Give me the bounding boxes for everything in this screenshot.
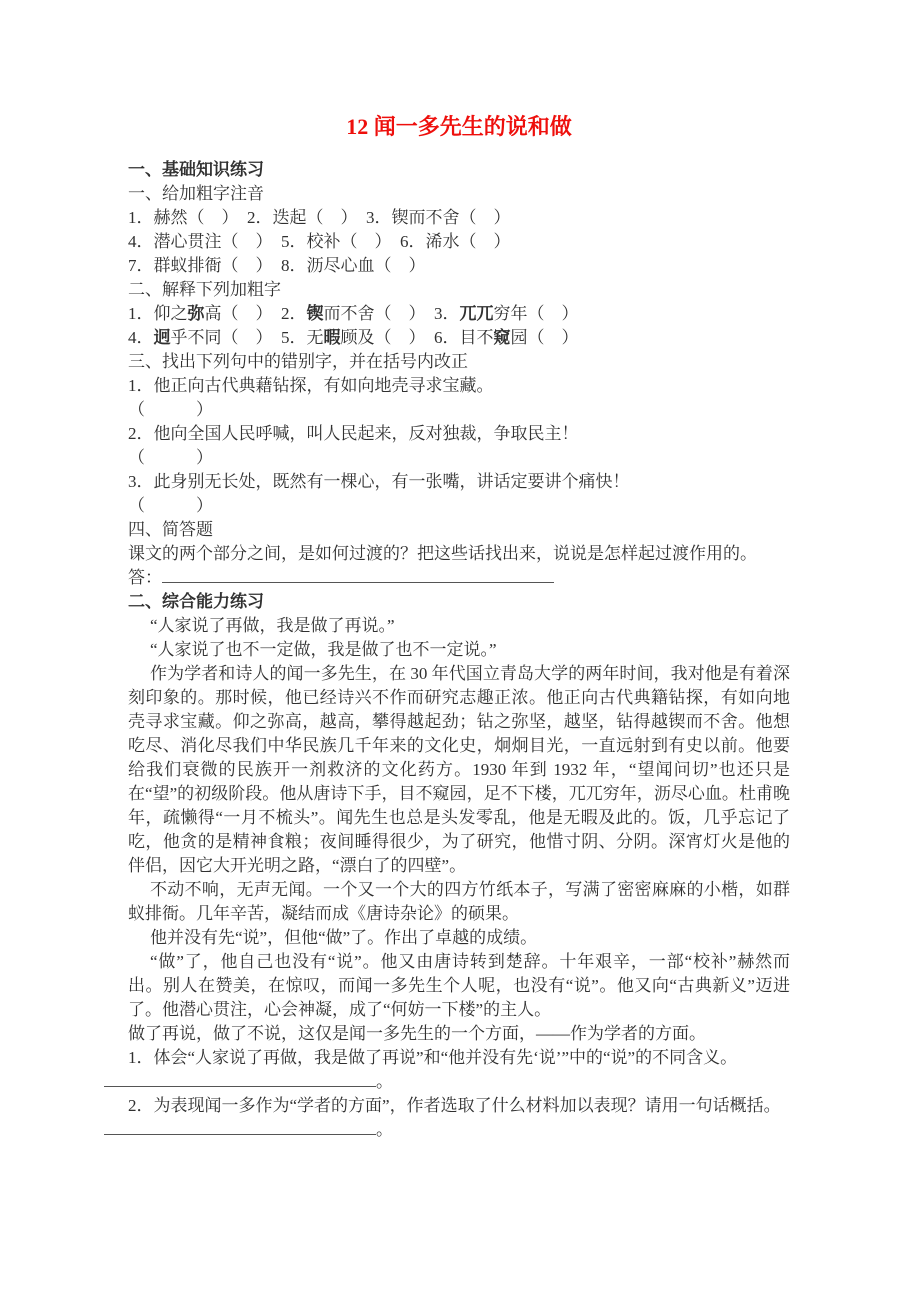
reading-paragraph-1: 作为学者和诗人的闻一多先生，在 30 年代国立青岛大学的两年时间，我对他是有着深… bbox=[128, 662, 790, 878]
answer-blank-underline bbox=[162, 567, 554, 583]
part1-heading: 一、基础知识练习 bbox=[128, 158, 790, 182]
explain-row1-bold-char-3: 兀兀 bbox=[460, 304, 494, 323]
shortq-answer-row: 答： bbox=[128, 566, 790, 590]
explain-items-row-2: 4．迥乎不同（ ） 5．无暇顾及（ ） 6．目不窥园（ ） bbox=[128, 326, 790, 350]
page-title: 12 闻一多先生的说和做 bbox=[0, 112, 918, 142]
typo-correction-brackets-2: （ ） bbox=[128, 446, 790, 470]
shortq-question: 课文的两个部分之间，是如何过渡的？把这些话找出来，说说是怎样起过渡作用的。 bbox=[128, 542, 790, 566]
explain-row1-text: 高（ ） 2． bbox=[205, 304, 307, 323]
explain-row2-bold-char-2: 暇 bbox=[324, 328, 341, 347]
reading-paragraph-5: 做了再说，做了不说，这仅是闻一多先生的一个方面，——作为学者的方面。 bbox=[128, 1022, 790, 1046]
explain-row1-text: 而不舍（ ） 3． bbox=[324, 304, 460, 323]
explain-row2-text: 顾及（ ） 6．目不 bbox=[341, 328, 494, 347]
typo-item-3: 3．此身别无长处，既然有一棵心，有一张嘴，讲话定要讲个痛快！ bbox=[128, 470, 790, 494]
explain-row2-text: 4． bbox=[128, 328, 154, 347]
typo-section-heading: 三、找出下列句中的错别字，并在括号内改正 bbox=[128, 350, 790, 374]
explain-row2-bold-char-1: 迥 bbox=[154, 328, 171, 347]
reading-paragraph-4: “做”了，他自己也没有“说”。他又由唐诗转到楚辞。十年艰辛，一部“校补”赫然而出… bbox=[128, 950, 790, 1022]
question-2-blank-period: 。 bbox=[376, 1120, 393, 1139]
pinyin-items-row-2: 4．潜心贯注（ ） 5．校补（ ） 6．浠水（ ） bbox=[128, 230, 790, 254]
shortq-section-heading: 四、简答题 bbox=[128, 518, 790, 542]
quote-line-1: “人家说了再做，我是做了再说。” bbox=[128, 614, 790, 638]
question-2-blank-row: 。 bbox=[128, 1118, 790, 1142]
pinyin-items-row-3: 7．群蚁排衙（ ） 8．沥尽心血（ ） bbox=[128, 254, 790, 278]
explain-row1-text: 穷年（ ） bbox=[494, 304, 579, 323]
comprehension-question-1: 1．体会“人家说了再做，我是做了再说”和“他并没有先‘说’”中的“说”的不同含义… bbox=[128, 1046, 790, 1070]
pinyin-items-row-1: 1．赫然（ ） 2．迭起（ ） 3．锲而不舍（ ） bbox=[128, 206, 790, 230]
quote-line-2: “人家说了也不一定做，我是做了也不一定说。” bbox=[128, 638, 790, 662]
explain-row2-bold-char-3: 窥 bbox=[494, 328, 511, 347]
typo-item-2: 2．他向全国人民呼喊，叫人民起来，反对独裁，争取民主！ bbox=[128, 422, 790, 446]
answer-label: 答： bbox=[128, 568, 162, 587]
question-1-blank-underline bbox=[104, 1071, 376, 1087]
explain-row2-text: 乎不同（ ） 5．无 bbox=[171, 328, 324, 347]
reading-paragraph-3: 他并没有先“说”，但他“做”了。作出了卓越的成绩。 bbox=[128, 926, 790, 950]
typo-correction-brackets-3: （ ） bbox=[128, 494, 790, 518]
worksheet-page: 12 闻一多先生的说和做 一、基础知识练习 一、给加粗字注音 1．赫然（ ） 2… bbox=[0, 0, 920, 1302]
reading-paragraph-2: 不动不响，无声无闻。一个又一个大的四方竹纸本子，写满了密密麻麻的小楷，如群蚁排衙… bbox=[128, 878, 790, 926]
part2-heading: 二、综合能力练习 bbox=[128, 590, 790, 614]
explain-row2-text: 园（ ） bbox=[511, 328, 579, 347]
question-2-blank-underline bbox=[104, 1119, 376, 1135]
explain-row1-bold-char-1: 弥 bbox=[188, 304, 205, 323]
worksheet-content: 一、基础知识练习 一、给加粗字注音 1．赫然（ ） 2．迭起（ ） 3．锲而不舍… bbox=[128, 158, 790, 1142]
explain-row1-bold-char-2: 锲 bbox=[307, 304, 324, 323]
explain-section-heading: 二、解释下列加粗字 bbox=[128, 278, 790, 302]
explain-row1-text: 1．仰之 bbox=[128, 304, 188, 323]
comprehension-question-2: 2．为表现闻一多作为“学者的方面”，作者选取了什么材料加以表现？请用一句话概括。 bbox=[128, 1094, 790, 1118]
typo-item-1: 1．他正向古代典藉钻探，有如向地壳寻求宝藏。 bbox=[128, 374, 790, 398]
question-1-blank-period: 。 bbox=[376, 1072, 393, 1091]
question-1-blank-row: 。 bbox=[128, 1070, 790, 1094]
pinyin-section-heading: 一、给加粗字注音 bbox=[128, 182, 790, 206]
typo-correction-brackets-1: （ ） bbox=[128, 398, 790, 422]
explain-items-row-1: 1．仰之弥高（ ） 2．锲而不舍（ ） 3．兀兀穷年（ ） bbox=[128, 302, 790, 326]
